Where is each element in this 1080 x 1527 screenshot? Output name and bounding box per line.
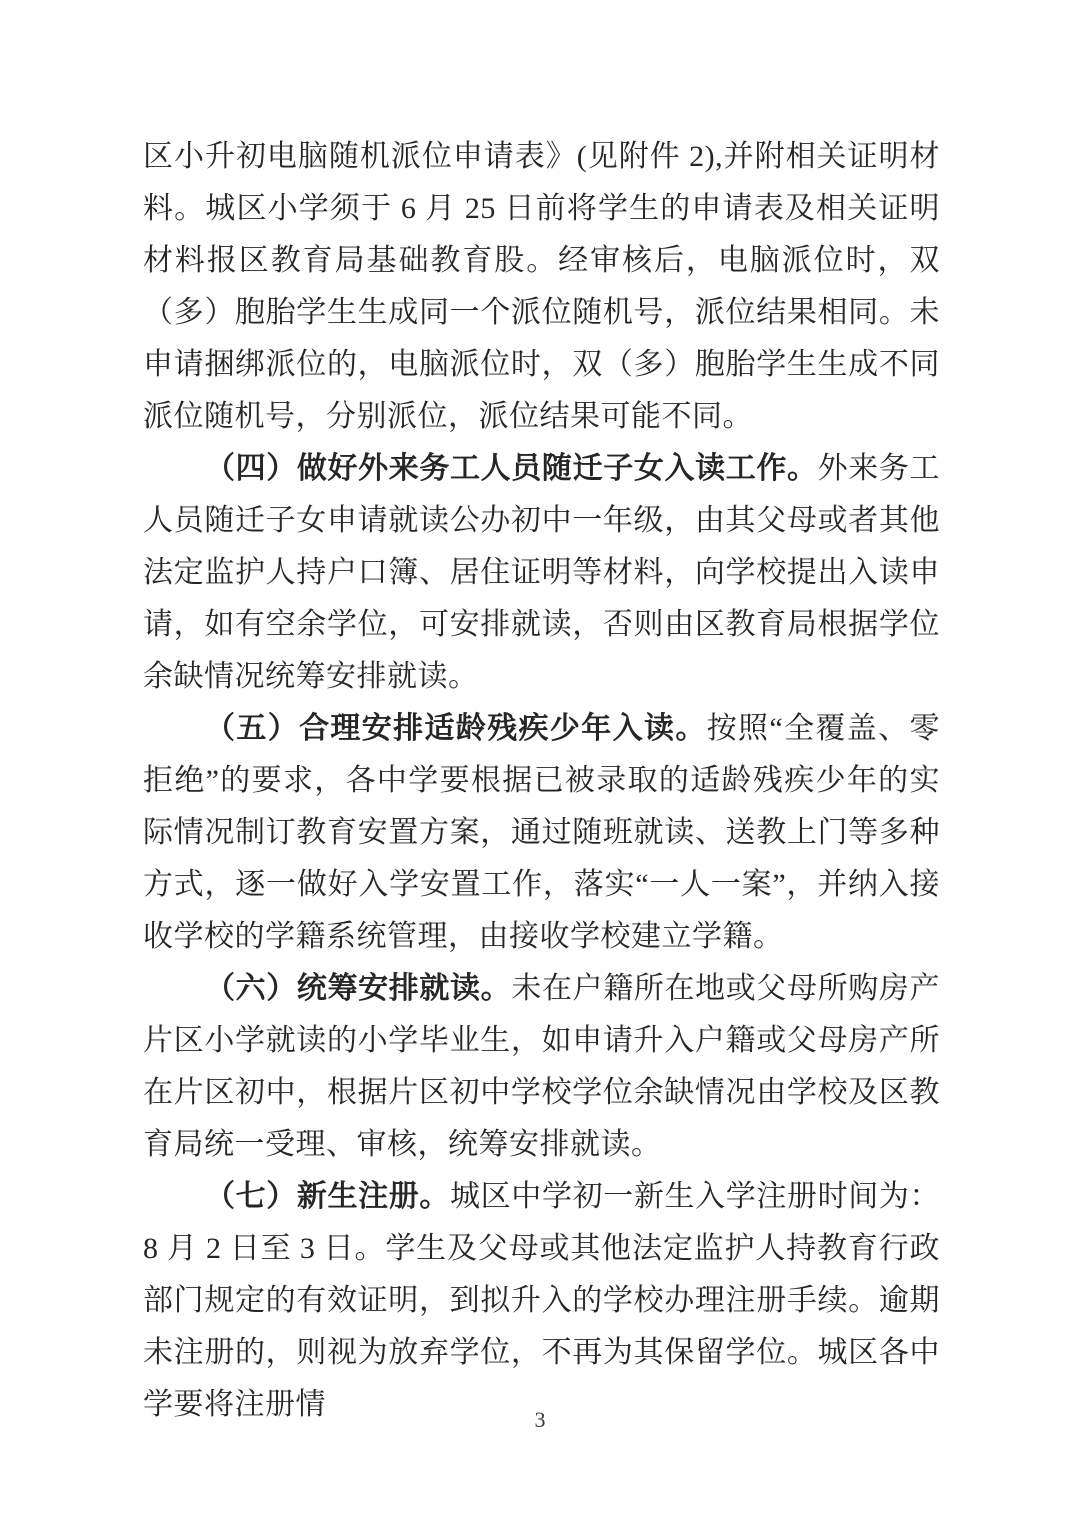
paragraph-heading: （七）新生注册。 [205,1180,450,1213]
paragraph: （四）做好外来务工人员随迁子女入读工作。外来务工人员随迁子女申请就读公办初中一年… [143,443,940,703]
paragraph-heading: （六）统筹安排就读。 [205,972,511,1005]
paragraph-heading: （五）合理安排适龄残疾少年入读。 [205,712,707,745]
paragraph-text: 区小升初电脑随机派位申请表》(见附件 2),并附相关证明材料。城区小学须于 6 … [143,140,940,433]
paragraph-text: 城区中学初一新生入学注册时间为：8 月 2 日至 3 日。学生及父母或其他法定监… [143,1180,940,1421]
document-body: 区小升初电脑随机派位申请表》(见附件 2),并附相关证明材料。城区小学须于 6 … [143,131,940,1431]
paragraph: （六）统筹安排就读。未在户籍所在地或父母所购房产片区小学就读的小学毕业生，如申请… [143,963,940,1171]
paragraph: （五）合理安排适龄残疾少年入读。按照“全覆盖、零拒绝”的要求，各中学要根据已被录… [143,703,940,963]
paragraph: 区小升初电脑随机派位申请表》(见附件 2),并附相关证明材料。城区小学须于 6 … [143,131,940,443]
paragraph: （七）新生注册。城区中学初一新生入学注册时间为：8 月 2 日至 3 日。学生及… [143,1171,940,1431]
paragraph-text: 按照“全覆盖、零拒绝”的要求，各中学要根据已被录取的适龄残疾少年的实际情况制订教… [143,712,940,953]
paragraph-text: 外来务工人员随迁子女申请就读公办初中一年级，由其父母或者其他法定监护人持户口簿、… [143,452,940,693]
document-page: 区小升初电脑随机派位申请表》(见附件 2),并附相关证明材料。城区小学须于 6 … [0,0,1080,1527]
page-number: 3 [0,1405,1080,1435]
paragraph-heading: （四）做好外来务工人员随迁子女入读工作。 [205,452,818,485]
